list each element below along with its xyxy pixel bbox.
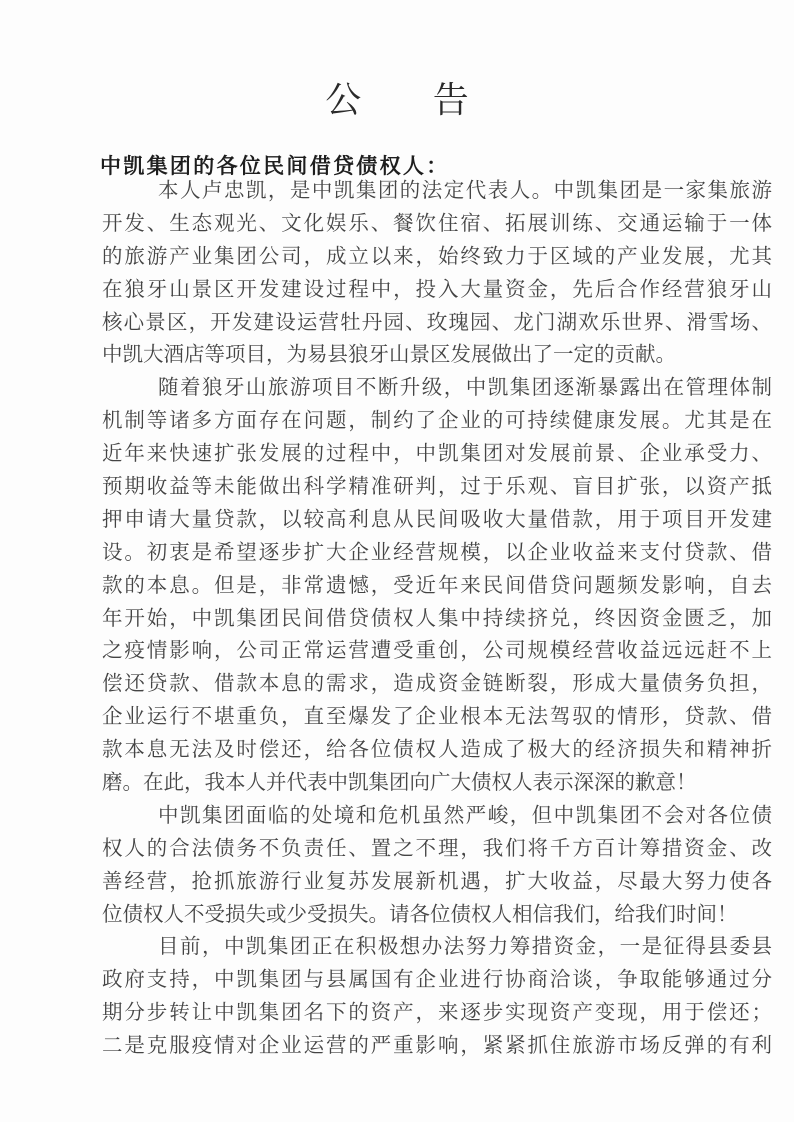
text-line: 核心景区，开发建设运营牡丹园、玫瑰园、龙门湖欢乐世界、滑雪场、 — [102, 306, 772, 339]
text-line: 磨。在此，我本人并代表中凯集团向广大债权人表示深深的歉意！ — [102, 766, 772, 799]
document-page: 公 告 中凯集团的各位民间借贷债权人： 本人卢忠凯，是中凯集团的法定代表人。中凯… — [0, 0, 794, 1122]
text-line: 本人卢忠凯，是中凯集团的法定代表人。中凯集团是一家集旅游 — [102, 174, 772, 207]
document-title: 公 告 — [0, 72, 794, 123]
text-line: 年开始，中凯集团民间借贷债权人集中持续挤兑，终因资金匮乏，加 — [102, 602, 772, 635]
text-line: 政府支持，中凯集团与县属国有企业进行协商洽谈，争取能够通过分 — [102, 963, 772, 996]
text-line: 机制等诸多方面存在问题，制约了企业的可持续健康发展。尤其是在 — [102, 404, 772, 437]
text-line: 押申请大量贷款，以较高利息从民间吸收大量借款，用于项目开发建 — [102, 503, 772, 536]
text-line: 款的本息。但是，非常遗憾，受近年来民间借贷问题频发影响，自去 — [102, 569, 772, 602]
text-line: 在狼牙山景区开发建设过程中，投入大量资金，先后合作经营狼牙山 — [102, 273, 772, 306]
text-line: 预期收益等未能做出科学精准研判，过于乐观、盲目扩张，以资产抵 — [102, 470, 772, 503]
text-line: 目前，中凯集团正在积极想办法努力筹措资金，一是征得县委县 — [102, 930, 772, 963]
text-line: 开发、生态观光、文化娱乐、餐饮住宿、拓展训练、交通运输于一体 — [102, 207, 772, 240]
text-line: 款本息无法及时偿还，给各位债权人造成了极大的经济损失和精神折 — [102, 733, 772, 766]
text-line: 随着狼牙山旅游项目不断升级，中凯集团逐渐暴露出在管理体制 — [102, 371, 772, 404]
text-line: 近年来快速扩张发展的过程中，中凯集团对发展前景、企业承受力、 — [102, 437, 772, 470]
text-line: 中凯大酒店等项目，为易县狼牙山景区发展做出了一定的贡献。 — [102, 338, 772, 371]
text-line: 设。初衷是希望逐步扩大企业经营规模，以企业收益来支付贷款、借 — [102, 536, 772, 569]
text-line: 偿还贷款、借款本息的需求，造成资金链断裂，形成大量债务负担， — [102, 667, 772, 700]
text-line: 之疫情影响，公司正常运营遭受重创，公司规模经营收益远远赶不上 — [102, 634, 772, 667]
text-line: 位债权人不受损失或少受损失。请各位债权人相信我们，给我们时间！ — [102, 898, 772, 931]
text-line: 善经营，抢抓旅游行业复苏发展新机遇，扩大收益，尽最大努力使各 — [102, 865, 772, 898]
text-line: 二是克服疫情对企业运营的严重影响，紧紧抓住旅游市场反弹的有利 — [102, 1029, 772, 1062]
document-body: 本人卢忠凯，是中凯集团的法定代表人。中凯集团是一家集旅游开发、生态观光、文化娱乐… — [102, 174, 772, 1062]
text-line: 企业运行不堪重负，直至爆发了企业根本无法驾驭的情形，贷款、借 — [102, 700, 772, 733]
text-line: 中凯集团面临的处境和危机虽然严峻，但中凯集团不会对各位债 — [102, 799, 772, 832]
text-line: 权人的合法债务不负责任、置之不理，我们将千方百计筹措资金、改 — [102, 832, 772, 865]
text-line: 期分步转让中凯集团名下的资产，来逐步实现资产变现，用于偿还； — [102, 996, 772, 1029]
text-line: 的旅游产业集团公司，成立以来，始终致力于区域的产业发展，尤其 — [102, 240, 772, 273]
